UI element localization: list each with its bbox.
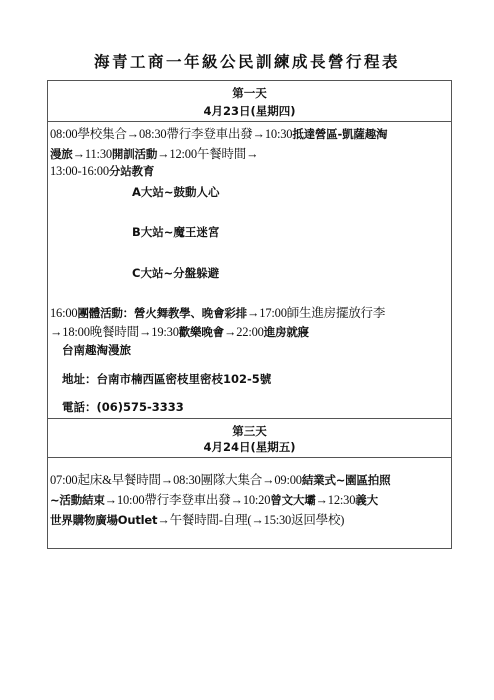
venue-name: 台南趣淘漫旅: [62, 342, 131, 358]
station-c: C大站~分盤躲避: [132, 265, 219, 281]
text-bold: 開訓活動: [112, 147, 157, 161]
text: →17:00師生進房擺放行李: [247, 306, 385, 320]
venue-address: 地址：台南市楠西區密枝里密枝102-5號: [62, 371, 271, 387]
text-bold: 團體活動：營火舞教學、晚會彩排: [77, 306, 247, 320]
station-a: A大站~鼓動人心: [132, 184, 220, 200]
text-bold: ~活動結束: [50, 493, 105, 507]
text: →12:00午餐時間→: [157, 147, 258, 161]
text: →午餐時間-自理(→15:30返回學校): [157, 513, 344, 527]
text: →11:30: [73, 147, 112, 161]
day3-line2: ~活動結束→10:00帶行李登車出發→10:20曾文大壩→12:30義大: [50, 490, 378, 508]
day1-line3: 13:00-16:00分站教育: [50, 163, 154, 179]
day1-line2: 漫旅→11:30開訓活動→12:00午餐時間→: [50, 144, 258, 162]
text-bold: 漫旅: [50, 147, 73, 161]
text-bold: 世界購物廣場Outlet: [50, 513, 157, 527]
text-bold: 分站教育: [109, 164, 154, 178]
day3-line1: 07:00起床&早餐時間→08:30團隊大集合→09:00結業式~園區拍照: [50, 470, 390, 488]
text: 16:00: [50, 306, 77, 320]
text: →10:00帶行李登車出發→10:20: [105, 493, 271, 507]
day3-label: 第三天: [48, 423, 451, 439]
text-bold: 義大: [355, 493, 378, 507]
page-title: 海青工商一年級公民訓練成長營行程表: [0, 50, 494, 72]
day1-line1: 08:00學校集合→08:30帶行李登車出發→10:30抵達營區-凱薩趣淘: [50, 124, 387, 142]
station-b: B大站~魔王迷宮: [132, 224, 219, 240]
text-bold: 抵達營區-凱薩趣淘: [292, 127, 387, 141]
venue-phone: 電話：(06)575-3333: [62, 399, 184, 415]
text: 07:00起床&早餐時間→08:30團隊大集合→09:00: [50, 473, 302, 487]
text-bold: 進房就寢: [264, 325, 309, 339]
divider: [48, 457, 451, 458]
text-bold: 曾文大壩: [270, 493, 315, 507]
day1-line4: 16:00團體活動：營火舞教學、晚會彩排→17:00師生進房擺放行李: [50, 303, 385, 321]
day1-label: 第一天: [48, 85, 451, 101]
text: →22:00: [224, 325, 264, 339]
text: 13:00-16:00: [50, 164, 109, 178]
day1-date: 4月23日(星期四): [48, 103, 451, 119]
divider: [48, 418, 451, 419]
day3-line3: 世界購物廣場Outlet→午餐時間-自理(→15:30返回學校): [50, 510, 344, 528]
schedule-table: 第一天 4月23日(星期四) 08:00學校集合→08:30帶行李登車出發→10…: [47, 80, 452, 549]
divider: [48, 121, 451, 122]
text-bold: 歡樂晚會: [179, 325, 224, 339]
day1-line5: →18:00晚餐時間→19:30歡樂晚會→22:00進房就寢: [50, 322, 309, 340]
text: →18:00晚餐時間→19:30: [50, 325, 179, 339]
day3-date: 4月24日(星期五): [48, 439, 451, 455]
text: 08:00學校集合→08:30帶行李登車出發→10:30: [50, 127, 292, 141]
text: →12:30: [316, 493, 356, 507]
text-bold: 結業式~園區拍照: [302, 473, 391, 487]
